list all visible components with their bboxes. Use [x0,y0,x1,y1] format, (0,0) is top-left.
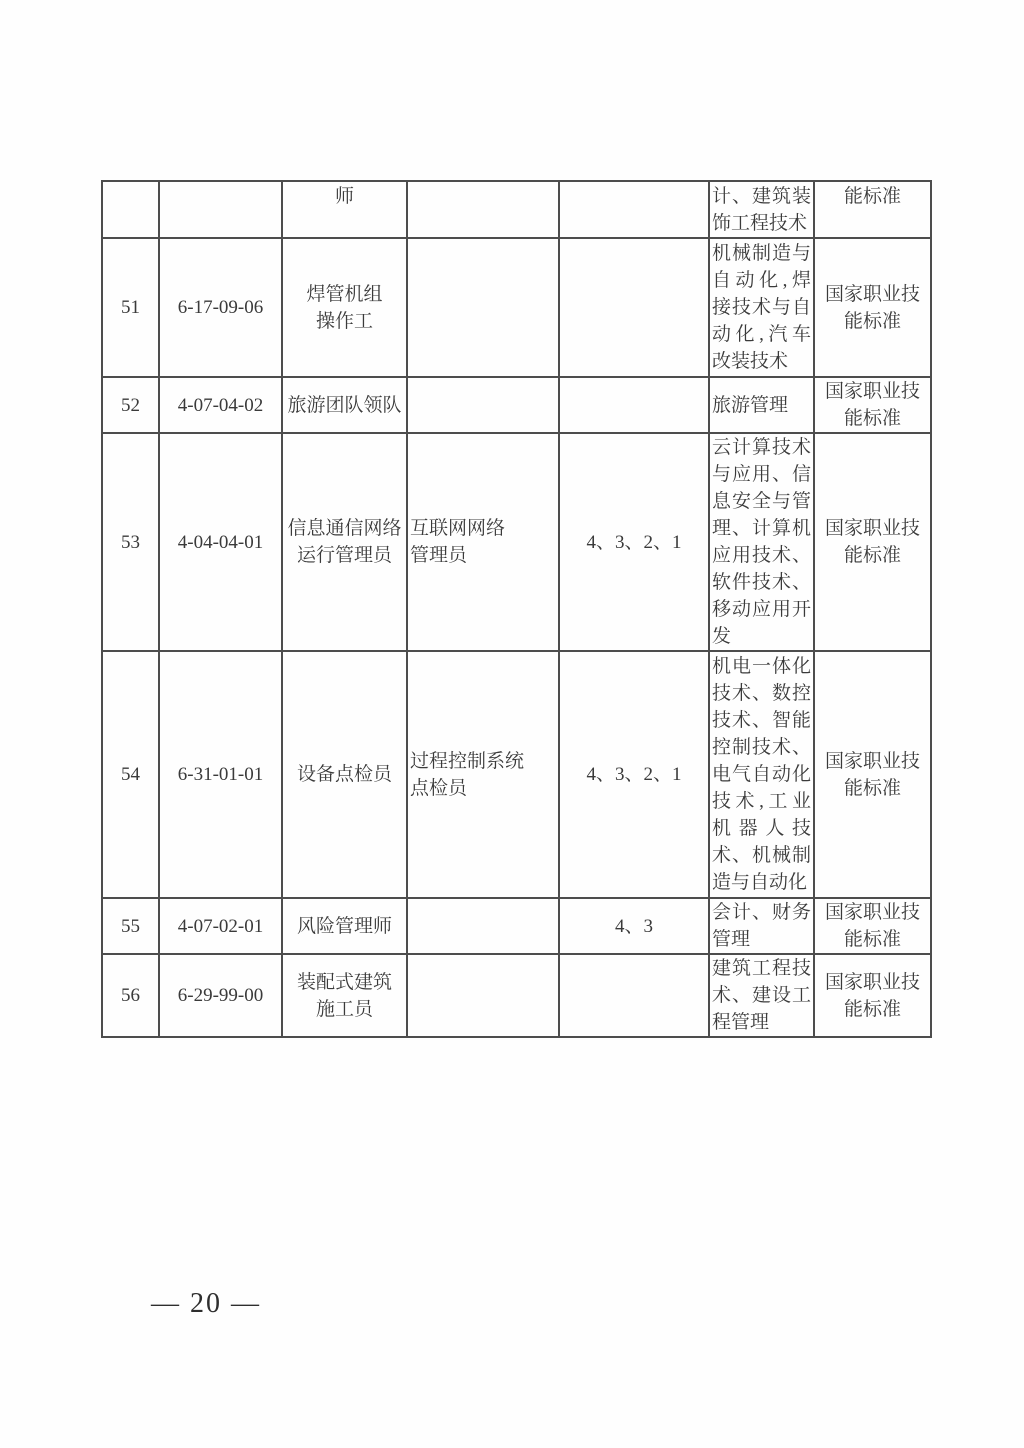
table-row: 56 6-29-99-00 装配式建筑 施工员 建筑工程技术、建设工程管理 国家… [103,955,932,1038]
table-row: 55 4-07-02-01 风险管理师 4、3 会计、财务管理 国家职业技 能标… [103,899,932,955]
occupation-standards-table: 师 计、建筑装饰工程技术 能标准 51 6-17-09-06 焊管机组 操作工 … [101,180,932,1038]
cell-occupation: 装配式建筑 施工员 [283,955,408,1038]
cell-code: 4-04-04-01 [160,434,283,652]
table-row: 52 4-07-04-02 旅游团队领队 旅游管理 国家职业技 能标准 [103,378,932,434]
cell-occupation: 焊管机组 操作工 [283,239,408,378]
cell-majors: 计、建筑装饰工程技术 [710,182,815,239]
cell-occupation: 旅游团队领队 [283,378,408,434]
cell-majors: 会计、财务管理 [710,899,815,955]
cell-serial: 53 [103,434,160,652]
cell-occupation: 风险管理师 [283,899,408,955]
cell-standard: 国家职业技 能标准 [815,434,932,652]
cell-worktype [408,899,560,955]
cell-standard: 能标准 [815,182,932,239]
cell-standard: 国家职业技 能标准 [815,899,932,955]
cell-serial: 54 [103,652,160,899]
cell-code: 6-29-99-00 [160,955,283,1038]
cell-serial: 55 [103,899,160,955]
cell-levels [560,378,710,434]
cell-majors: 云计算技术与应用、信息安全与管理、计算机应用技术、软件技术、移动应用开发 [710,434,815,652]
page-number: — 20 — [151,1288,261,1320]
table-row: 师 计、建筑装饰工程技术 能标准 [103,182,932,239]
cell-worktype [408,182,560,239]
cell-levels: 4、3、2、1 [560,652,710,899]
cell-code: 4-07-02-01 [160,899,283,955]
cell-serial: 52 [103,378,160,434]
cell-occupation: 师 [283,182,408,239]
cell-worktype: 互联网网络 管理员 [408,434,560,652]
cell-standard: 国家职业技 能标准 [815,955,932,1038]
cell-levels [560,182,710,239]
cell-occupation: 信息通信网络 运行管理员 [283,434,408,652]
cell-worktype [408,239,560,378]
table-row: 51 6-17-09-06 焊管机组 操作工 机械制造与自动化,焊接技术与自动化… [103,239,932,378]
cell-worktype [408,955,560,1038]
cell-majors: 机械制造与自动化,焊接技术与自动化,汽车改装技术 [710,239,815,378]
cell-code: 6-17-09-06 [160,239,283,378]
cell-levels [560,239,710,378]
cell-worktype: 过程控制系统 点检员 [408,652,560,899]
cell-standard: 国家职业技 能标准 [815,652,932,899]
cell-levels [560,955,710,1038]
cell-levels: 4、3 [560,899,710,955]
cell-majors: 建筑工程技术、建设工程管理 [710,955,815,1038]
cell-occupation: 设备点检员 [283,652,408,899]
cell-serial [103,182,160,239]
document-page: 师 计、建筑装饰工程技术 能标准 51 6-17-09-06 焊管机组 操作工 … [0,0,1024,1448]
cell-majors: 旅游管理 [710,378,815,434]
table-row: 54 6-31-01-01 设备点检员 过程控制系统 点检员 4、3、2、1 机… [103,652,932,899]
cell-serial: 51 [103,239,160,378]
cell-serial: 56 [103,955,160,1038]
cell-majors: 机电一体化技术、数控技术、智能控制技术、电气自动化技术,工业机器人技术、机械制造… [710,652,815,899]
cell-code: 4-07-04-02 [160,378,283,434]
cell-worktype [408,378,560,434]
cell-levels: 4、3、2、1 [560,434,710,652]
cell-code [160,182,283,239]
table-row: 53 4-04-04-01 信息通信网络 运行管理员 互联网网络 管理员 4、3… [103,434,932,652]
cell-standard: 国家职业技 能标准 [815,378,932,434]
cell-standard: 国家职业技 能标准 [815,239,932,378]
cell-code: 6-31-01-01 [160,652,283,899]
